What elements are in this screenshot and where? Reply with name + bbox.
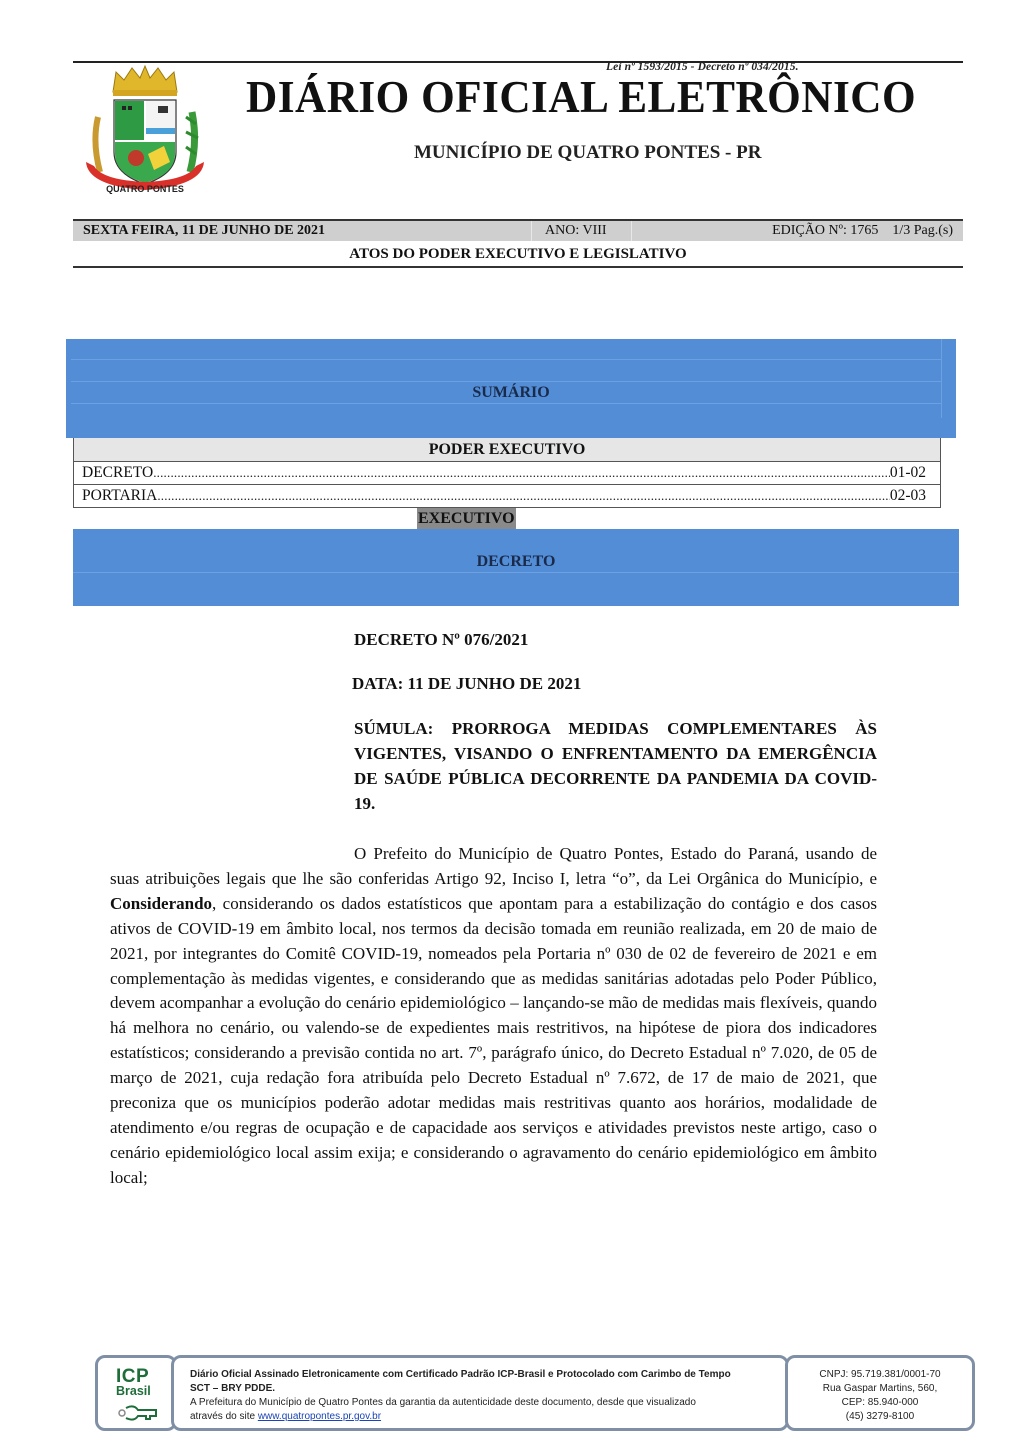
decree-summary: SÚMULA: PRORROGA MEDIDAS COMPLEMENTARES … [354,716,877,816]
decree-date: DATA: 11 DE JUNHO DE 2021 [352,674,581,694]
site-prefix: através do site [190,1411,258,1422]
website-link[interactable]: www.quatropontes.pr.gov.br [258,1411,381,1422]
decree-section-title: DECRETO [73,553,959,571]
info-separator [531,221,532,241]
decree-number: DECRETO Nº 076/2021 [354,630,528,650]
contact-info: CNPJ: 95.719.381/0001-70 Rua Gaspar Mart… [785,1355,975,1431]
banner-grid-line [71,381,942,382]
summary-banner: SUMÁRIO [66,339,956,438]
summary-item-pages: 01-02 [890,462,926,484]
decree-body-emphasis: Considerando [110,894,212,913]
footer: ICP Brasil Diário Oficial Assinado Eletr… [95,1355,975,1431]
decree-body: O Prefeito do Município de Quatro Pontes… [110,842,877,1191]
banner-grid-line [71,359,942,360]
summary-row[interactable]: DECRETO 01-02 [74,462,940,485]
summary-table: PODER EXECUTIVO DECRETO 01-02 PORTARIA 0… [73,438,941,508]
banner-grid-line [73,572,959,573]
svg-text:QUATRO PONTES: QUATRO PONTES [106,184,184,194]
signature-line-1: Diário Oficial Assinado Eletronicamente … [190,1368,780,1382]
icp-brasil-wordmark: ICP Brasil [116,1370,151,1398]
key-icon [116,1402,160,1424]
signature-line-2: SCT – BRY PDDE. [190,1382,780,1396]
postal-code: CEP: 85.940-000 [788,1396,972,1410]
summary-item-pages: 02-03 [890,485,926,507]
edition-number: EDIÇÃO Nº: 1765 1/3 Pag.(s) [772,223,953,239]
publication-title: DIÁRIO OFICIAL ELETRÔNICO [246,70,904,123]
section-rule [73,266,963,268]
authenticity-text: A Prefeitura do Município de Quatro Pont… [190,1396,780,1410]
summary-item-label: PORTARIA [82,485,157,507]
leader-dots [157,485,889,507]
decree-banner: DECRETO [73,529,959,606]
summary-item-label: DECRETO [82,462,153,484]
executive-label: EXECUTIVO [417,508,516,530]
address: Rua Gaspar Martins, 560, [788,1382,972,1396]
phone: (45) 3279-8100 [788,1410,972,1424]
decree-body-text: , considerando os dados estatísticos que… [110,894,877,1187]
leader-dots [153,462,890,484]
info-separator [631,221,632,241]
icp-logo-bottom: Brasil [116,1384,151,1398]
decree-body-text: O Prefeito do Município de Quatro Pontes… [110,844,877,888]
banner-grid-line [941,339,942,418]
summary-row[interactable]: PORTARIA 02-03 [74,485,940,507]
edition-info-bar: SEXTA FEIRA, 11 DE JUNHO DE 2021 ANO: VI… [73,219,963,241]
cnpj: CNPJ: 95.719.381/0001-70 [788,1368,972,1382]
banner-grid-line [71,403,942,404]
edition-date: SEXTA FEIRA, 11 DE JUNHO DE 2021 [83,223,325,239]
summary-title: SUMÁRIO [66,384,956,402]
municipality-name: MUNICÍPIO DE QUATRO PONTES - PR [414,142,761,164]
edition-year: ANO: VIII [545,223,607,239]
signature-notice: Diário Oficial Assinado Eletronicamente … [171,1355,789,1431]
section-heading: ATOS DO PODER EXECUTIVO E LEGISLATIVO [73,246,963,263]
icp-brasil-logo: ICP Brasil [95,1355,177,1431]
icp-logo-top: ICP [116,1370,151,1384]
municipal-coat-of-arms-icon: QUATRO PONTES [78,62,212,196]
summary-group-heading: PODER EXECUTIVO [74,438,940,462]
